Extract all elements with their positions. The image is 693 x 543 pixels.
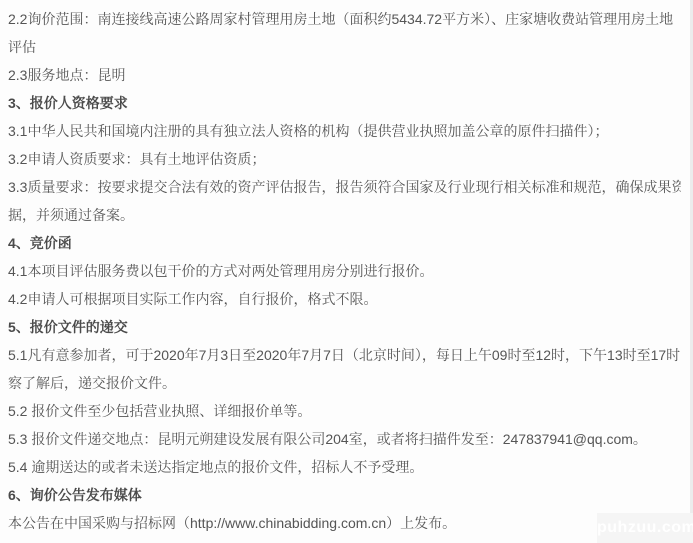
document-lines: 2.2询价范围：南连接线高速公路周家村管理用房土地（面积约5434.72平方米）… [0, 0, 693, 537]
text-line: 5.3 报价文件递交地点：昆明元朔建设发展有限公司204室，或者将扫描件发至：2… [8, 425, 681, 453]
section-heading: 5、报价文件的递交 [8, 313, 681, 341]
text-line: 3.2申请人资质要求：具有土地评估资质； [8, 145, 681, 173]
text-line: 评估 [8, 33, 681, 61]
watermark: puhzuu.com [597, 513, 693, 543]
text-line: 2.3服务地点：昆明 [8, 61, 681, 89]
text-line: 本公告在中国采购与招标网（http://www.chinabidding.com… [8, 509, 681, 537]
section-heading: 6、询价公告发布媒体 [8, 481, 681, 509]
text-line: 3.3质量要求：按要求提交合法有效的资产评估报告，报告须符合国家及行业现行相关标… [8, 173, 681, 201]
text-line: 据，并须通过备案。 [8, 201, 681, 229]
text-line: 3.1中华人民共和国境内注册的具有独立法人资格的机构（提供营业执照加盖公章的原件… [8, 117, 681, 145]
announcement-document: 2.2询价范围：南连接线高速公路周家村管理用房土地（面积约5434.72平方米）… [0, 0, 693, 543]
text-line: 察了解后，递交报价文件。 [8, 369, 681, 397]
text-line: 4.1本项目评估服务费以包干价的方式对两处管理用房分别进行报价。 [8, 257, 681, 285]
text-line: 5.4 逾期送达的或者未送达指定地点的报价文件，招标人不予受理。 [8, 453, 681, 481]
text-line: 4.2申请人可根据项目实际工作内容，自行报价，格式不限。 [8, 285, 681, 313]
section-heading: 4、竞价函 [8, 229, 681, 257]
section-heading: 3、报价人资格要求 [8, 89, 681, 117]
text-line: 5.2 报价文件至少包括营业执照、详细报价单等。 [8, 397, 681, 425]
text-line: 2.2询价范围：南连接线高速公路周家村管理用房土地（面积约5434.72平方米）… [8, 5, 681, 33]
text-line: 5.1凡有意参加者，可于2020年7月3日至2020年7月7日（北京时间），每日… [8, 341, 681, 369]
